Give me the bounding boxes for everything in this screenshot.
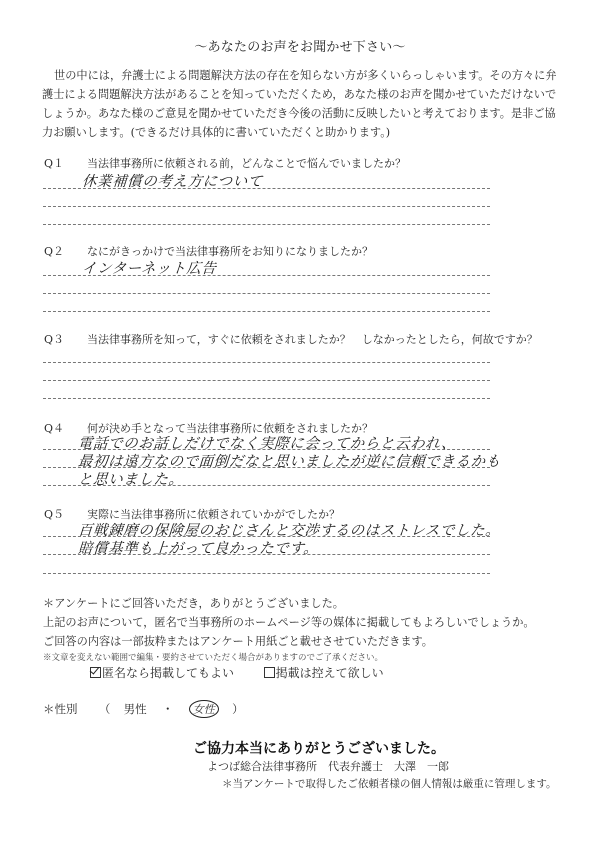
answer-line	[43, 311, 490, 312]
firm-signature: よつば総合法律事務所 代表弁護士 大澤 一郎	[207, 758, 449, 774]
checkbox-anonymous[interactable]	[90, 667, 101, 678]
gender-open-paren: （	[99, 702, 111, 716]
option-anonymous[interactable]: 匿名なら掲載してもよい	[90, 666, 238, 680]
intro-paragraph: 世の中には，弁護士による問題解決方法の存在を知らない方が多くいらっしゃいます。そ…	[42, 66, 562, 142]
closing-thanks: ご協力本当にありがとうございました。	[193, 738, 445, 758]
intro-text: 世の中には，弁護士による問題解決方法の存在を知らない方が多くいらっしゃいます。そ…	[42, 66, 562, 142]
option-decline[interactable]: 掲載は控えて欲しい	[264, 666, 384, 680]
answer-line	[43, 398, 490, 399]
option-label: 匿名なら掲載してもよい	[102, 666, 234, 680]
handwritten-answer: と思いました。	[77, 468, 184, 489]
answer-line	[43, 206, 490, 207]
answer-line	[43, 380, 490, 381]
consent-detail: ご回答の内容は一部抜粋またはアンケート用紙ごと載せさせていただきます。	[43, 632, 433, 651]
gender-separator: ・	[162, 702, 174, 716]
question-number: Q５	[44, 506, 64, 522]
question-text: 当法律事務所に依頼される前，どんなことで悩んでいましたか？	[87, 155, 406, 171]
gender-close-paren: ）	[232, 702, 244, 716]
option-label: 掲載は控えて欲しい	[276, 666, 384, 680]
answer-line	[43, 224, 490, 225]
handwritten-answer: 休業補償の考え方について	[81, 170, 263, 191]
answer-line	[43, 362, 490, 363]
question-number: Q２	[44, 243, 64, 259]
privacy-note: ＊当アンケートで取得したご依頼者様の個人情報は厳重に管理します。	[222, 776, 557, 791]
gender-field: ＊性別 （ 男性 ・ 女性 ）	[43, 700, 244, 718]
checkbox-decline[interactable]	[264, 667, 275, 678]
handwritten-answer: 賠償基準も上がって良かったです。	[77, 537, 319, 558]
consent-question: 上記のお声について，匿名で当事務所のホームページ等の媒体に掲載してもよろしいでし…	[43, 613, 535, 632]
answer-line	[43, 573, 490, 574]
question-number: Q１	[44, 155, 64, 171]
answer-line	[43, 293, 490, 294]
edit-note: ※文章を変えない範囲で編集・要約させていただく場合がありますのでご了承ください。	[43, 651, 383, 663]
consent-thanks: ＊アンケートにご回答いただき，ありがとうございました。	[43, 594, 344, 613]
handwritten-answer: インターネット広告	[81, 257, 217, 278]
survey-title: 〜あなたのお声をお聞かせ下さい〜	[0, 36, 600, 55]
gender-male[interactable]: 男性	[124, 702, 147, 716]
question-number: Q３	[44, 331, 64, 347]
gender-label: ＊性別	[43, 702, 78, 716]
publication-options: 匿名なら掲載してもよい 掲載は控えて欲しい	[90, 664, 384, 681]
question-number: Q４	[44, 420, 64, 436]
gender-female-selected[interactable]: 女性	[189, 700, 219, 718]
question-text: 当法律事務所を知って，すぐに依頼をされましたか？ しなかったとしたら，何故ですか…	[87, 331, 538, 347]
